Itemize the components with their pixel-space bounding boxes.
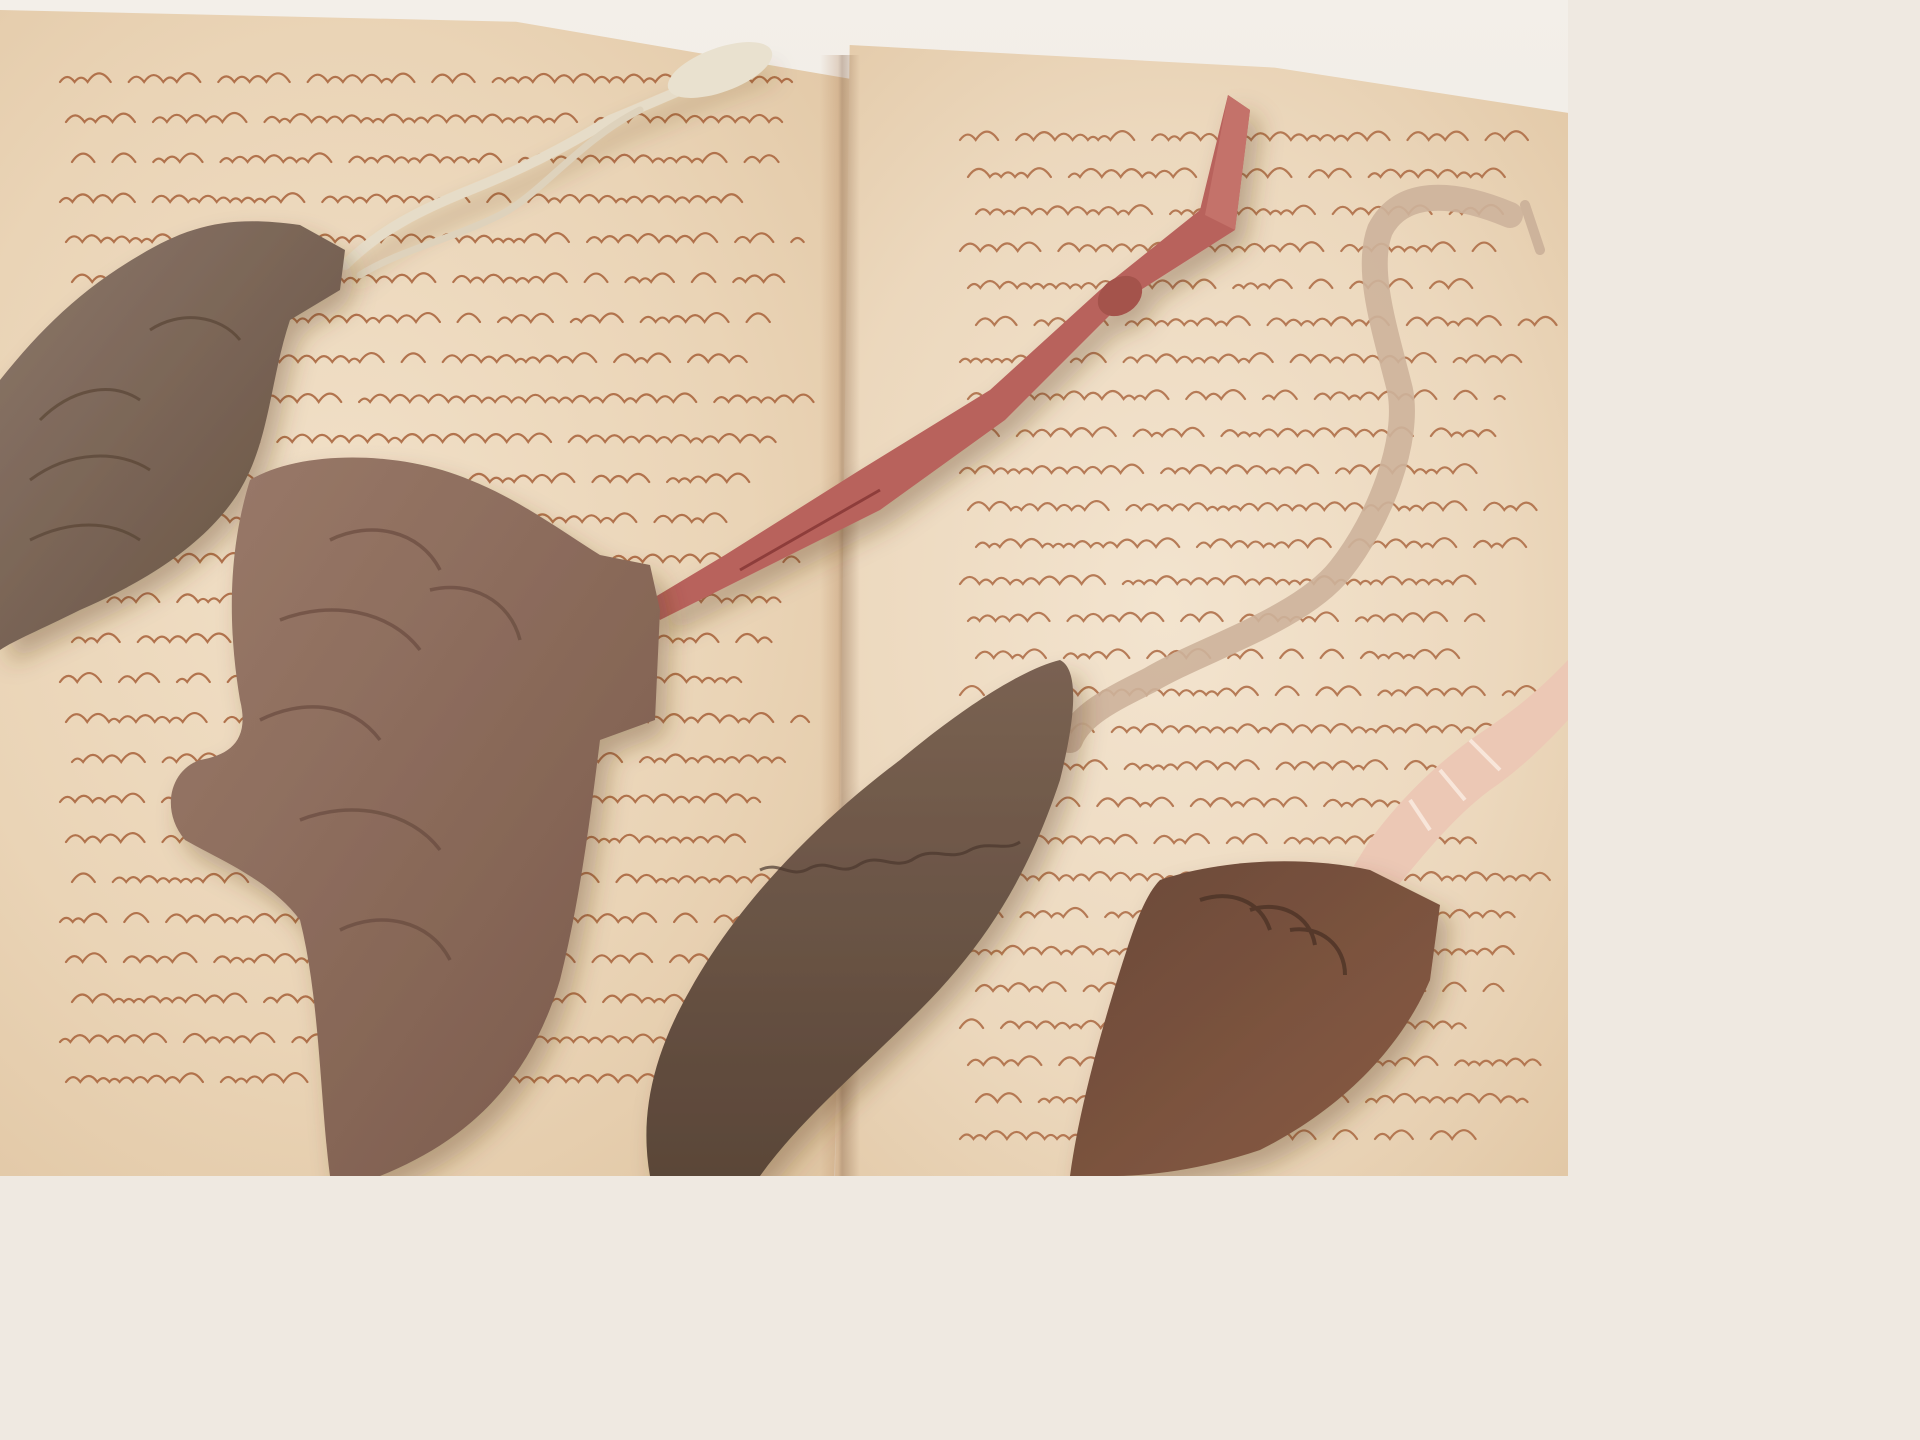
ornaments-layer bbox=[0, 0, 1568, 1176]
carved-wing-bottom-right bbox=[1070, 861, 1440, 1176]
rose-ribbon bbox=[650, 95, 1250, 620]
photo-scene: Carved wooden wings on an open handwritt… bbox=[0, 0, 1568, 1176]
carved-wing-center-slim bbox=[646, 660, 1073, 1176]
pink-patterned-ribbon bbox=[1345, 660, 1568, 895]
cream-braided-cord bbox=[345, 31, 779, 275]
carved-wing-center-large bbox=[171, 458, 660, 1177]
